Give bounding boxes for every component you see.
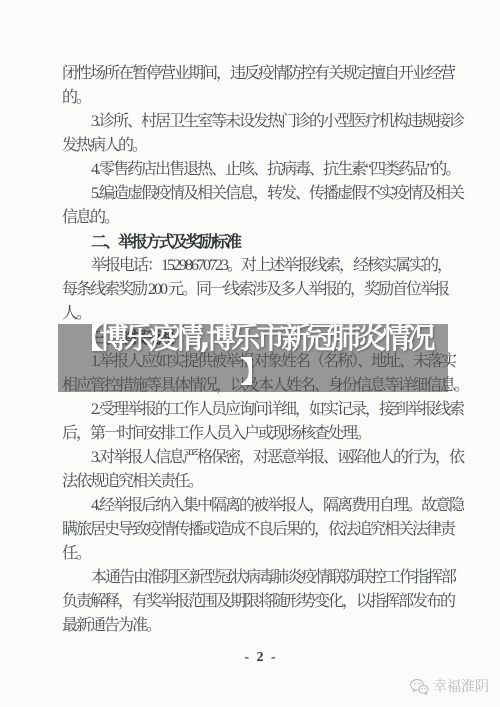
banner-zone: 三、举报受理1.举报人应如实提供被举报对象姓名（名称）、地址、未落实相应管控措施…: [62, 326, 460, 398]
document-line: 2.受理举报的工作人员应询问详细，如实记录，接到举报线索: [62, 398, 460, 422]
watermark-label: 幸福淮阴: [433, 676, 489, 696]
document-body: 闭性场所在暂停营业期间，违反疫情防控有关规定擅自开业经营的。3.诊所、村居卫生室…: [62, 62, 460, 638]
document-line: 任。: [62, 542, 460, 566]
overlay-title-line2: 】: [58, 355, 448, 389]
document-line: 法依规追究相关责任。: [62, 470, 460, 494]
document-line: 举报电话：15298670723。对上述举报线索，经核实属实的，: [62, 254, 460, 278]
document-line: 4.零售药店出售退热、止咳、抗病毒、抗生素“四类药品”的。: [62, 158, 460, 182]
scanned-page: { "page": { "background": "#fbfbfa", "te…: [0, 0, 500, 707]
overlay-title: 【博乐疫情,博乐市新冠肺炎情况 】: [58, 321, 448, 389]
document-line: 发热病人的。: [62, 134, 460, 158]
document-line: 闭性场所在暂停营业期间，违反疫情防控有关规定擅自开业经营: [62, 62, 460, 86]
document-line: 5.编造虚假疫情及相关信息，转发、传播虚假不实疫情及相关: [62, 182, 460, 206]
overlay-title-line1: 【博乐疫情,博乐市新冠肺炎情况: [58, 321, 448, 355]
document-text-bottom: 2.受理举报的工作人员应询问详细，如实记录，接到举报线索后，第一时间安排工作人员…: [62, 398, 460, 638]
document-line: 4.经举报后纳入集中隔离的被举报人，隔离费用自理。故意隐: [62, 494, 460, 518]
document-heading-line: 二、举报方式及奖励标准: [62, 230, 460, 254]
document-line: 后，第一时间安排工作人员入户或现场核查处理。: [62, 422, 460, 446]
wechat-icon: [409, 678, 429, 695]
document-line: 的。: [62, 86, 460, 110]
document-line: 3.对举报人信息严格保密，对恶意举报、诬陷他人的行为，依: [62, 446, 460, 470]
document-line: 本通告由淮阴区新型冠状病毒肺炎疫情联防联控工作指挥部: [62, 566, 460, 590]
document-text-top: 闭性场所在暂停营业期间，违反疫情防控有关规定擅自开业经营的。3.诊所、村居卫生室…: [62, 62, 460, 326]
page-number: - 2 -: [62, 650, 460, 666]
watermark: 幸福淮阴: [409, 676, 489, 696]
document-line: 每条线索奖励 200 元。同一线索涉及多人举报的，奖励首位举报: [62, 278, 460, 302]
document-line: 瞒旅居史导致疫情传播或造成不良后果的，依法追究相关法律责: [62, 518, 460, 542]
document-line: 负责解释，有奖举报范围及期限将随形势变化，以指挥部发布的: [62, 590, 460, 614]
document-line: 最新通告为准。: [62, 614, 460, 638]
document-line: 3.诊所、村居卫生室等未设发热门诊的小型医疗机构违规接诊: [62, 110, 460, 134]
document-line: 信息的。: [62, 206, 460, 230]
